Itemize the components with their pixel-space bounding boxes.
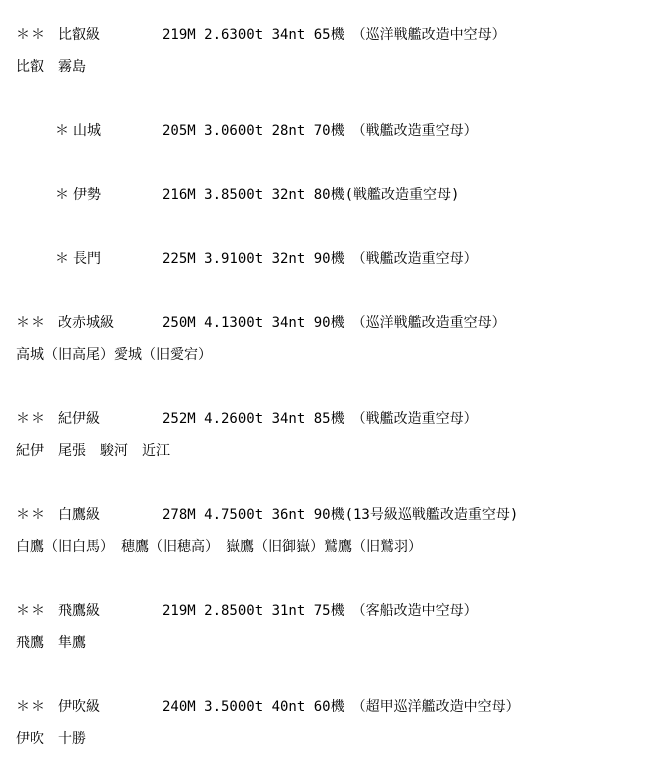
class-line-hakutaka: ＊＊ 白鷹級 278M 4.7500t 36nt 90機(13号級巡戦艦改造重空… bbox=[0, 507, 670, 523]
rank-stars: ＊ bbox=[55, 251, 70, 267]
class-type: （巡洋戦艦改造中空母） bbox=[352, 27, 506, 43]
class-name: 紀伊級 bbox=[58, 411, 100, 427]
class-line-ise: ＊ 伊勢 216M 3.8500t 32nt 80機(戦艦改造重空母) bbox=[0, 187, 670, 203]
rank-stars: ＊＊ bbox=[16, 507, 46, 523]
class-specs-block: 219M 2.6300t 34nt 65機（巡洋戦艦改造中空母） bbox=[162, 27, 506, 43]
class-type: （戦艦改造重空母） bbox=[352, 123, 478, 139]
class-line-nagato: ＊ 長門 225M 3.9100t 32nt 90機（戦艦改造重空母） bbox=[0, 251, 670, 267]
class-name: 改赤城級 bbox=[58, 315, 114, 331]
class-type: （超甲巡洋艦改造中空母） bbox=[352, 699, 520, 715]
class-type: （巡洋戦艦改造重空母） bbox=[352, 315, 506, 331]
class-specs: 205M 3.0600t 28nt 70機 bbox=[162, 123, 345, 139]
ships-line-hiyo: 飛鷹 隼鷹 bbox=[0, 635, 670, 651]
class-line-ibuki: ＊＊ 伊吹級 240M 3.5000t 40nt 60機（超甲巡洋艦改造中空母） bbox=[0, 699, 670, 715]
ships-line-kii: 紀伊 尾張 駿河 近江 bbox=[0, 443, 670, 459]
rank-stars: ＊ bbox=[55, 123, 70, 139]
class-line-kii: ＊＊ 紀伊級 252M 4.2600t 34nt 85機（戦艦改造重空母） bbox=[0, 411, 670, 427]
class-type: (13号級巡戦艦改造重空母) bbox=[345, 507, 519, 523]
class-name: 山城 bbox=[73, 123, 101, 139]
class-name: 長門 bbox=[73, 251, 101, 267]
class-specs: 240M 3.5000t 40nt 60機 bbox=[162, 699, 345, 715]
class-name: 比叡級 bbox=[58, 27, 100, 43]
ships-line-ibuki: 伊吹 十勝 bbox=[0, 731, 670, 747]
class-line-yamashiro: ＊ 山城 205M 3.0600t 28nt 70機（戦艦改造重空母） bbox=[0, 123, 670, 139]
document-page: ＊＊ 比叡級 219M 2.6300t 34nt 65機（巡洋戦艦改造中空母） … bbox=[0, 0, 670, 773]
class-line-hiei: ＊＊ 比叡級 219M 2.6300t 34nt 65機（巡洋戦艦改造中空母） bbox=[0, 27, 670, 43]
class-specs-block: 240M 3.5000t 40nt 60機（超甲巡洋艦改造中空母） bbox=[162, 699, 520, 715]
class-specs-block: 219M 2.8500t 31nt 75機（客船改造中空母） bbox=[162, 603, 478, 619]
class-type: （戦艦改造重空母） bbox=[352, 411, 478, 427]
rank-stars: ＊＊ bbox=[16, 411, 46, 427]
ships-line-kai-akagi: 高城（旧高尾）愛城（旧愛宕） bbox=[0, 347, 670, 363]
ship-names: 白鷹（旧白馬） 穂鷹（旧穂高） 嶽鷹（旧御嶽）鷲鷹（旧鷲羽） bbox=[16, 539, 422, 555]
class-name: 伊吹級 bbox=[58, 699, 100, 715]
class-specs: 225M 3.9100t 32nt 90機 bbox=[162, 251, 345, 267]
rank-stars: ＊＊ bbox=[16, 27, 46, 43]
class-specs: 219M 2.6300t 34nt 65機 bbox=[162, 27, 345, 43]
class-type: (戦艦改造重空母) bbox=[345, 187, 460, 203]
ship-names: 飛鷹 隼鷹 bbox=[16, 635, 86, 651]
class-name: 飛鷹級 bbox=[58, 603, 100, 619]
class-specs: 216M 3.8500t 32nt 80機 bbox=[162, 187, 345, 203]
class-specs-block: 205M 3.0600t 28nt 70機（戦艦改造重空母） bbox=[162, 123, 478, 139]
class-specs-block: 250M 4.1300t 34nt 90機（巡洋戦艦改造重空母） bbox=[162, 315, 506, 331]
class-type: （戦艦改造重空母） bbox=[352, 251, 478, 267]
ship-names: 紀伊 尾張 駿河 近江 bbox=[16, 443, 170, 459]
class-specs: 252M 4.2600t 34nt 85機 bbox=[162, 411, 345, 427]
class-specs: 219M 2.8500t 31nt 75機 bbox=[162, 603, 345, 619]
rank-stars: ＊＊ bbox=[16, 315, 46, 331]
class-specs: 250M 4.1300t 34nt 90機 bbox=[162, 315, 345, 331]
class-line-kai-akagi: ＊＊ 改赤城級 250M 4.1300t 34nt 90機（巡洋戦艦改造重空母） bbox=[0, 315, 670, 331]
ship-names: 比叡 霧島 bbox=[16, 59, 86, 75]
class-name: 伊勢 bbox=[73, 187, 101, 203]
rank-stars: ＊ bbox=[55, 187, 70, 203]
ships-line-hakutaka: 白鷹（旧白馬） 穂鷹（旧穂高） 嶽鷹（旧御嶽）鷲鷹（旧鷲羽） bbox=[0, 539, 670, 555]
rank-stars: ＊＊ bbox=[16, 603, 46, 619]
class-specs-block: 278M 4.7500t 36nt 90機(13号級巡戦艦改造重空母) bbox=[162, 507, 518, 523]
rank-stars: ＊＊ bbox=[16, 699, 46, 715]
class-specs-block: 216M 3.8500t 32nt 80機(戦艦改造重空母) bbox=[162, 187, 459, 203]
class-name: 白鷹級 bbox=[58, 507, 100, 523]
ships-line-hiei: 比叡 霧島 bbox=[0, 59, 670, 75]
class-specs-block: 225M 3.9100t 32nt 90機（戦艦改造重空母） bbox=[162, 251, 478, 267]
ship-names: 高城（旧高尾）愛城（旧愛宕） bbox=[16, 347, 212, 363]
class-line-hiyo: ＊＊ 飛鷹級 219M 2.8500t 31nt 75機（客船改造中空母） bbox=[0, 603, 670, 619]
class-type: （客船改造中空母） bbox=[352, 603, 478, 619]
class-specs-block: 252M 4.2600t 34nt 85機（戦艦改造重空母） bbox=[162, 411, 478, 427]
ship-names: 伊吹 十勝 bbox=[16, 731, 86, 747]
class-specs: 278M 4.7500t 36nt 90機 bbox=[162, 507, 345, 523]
